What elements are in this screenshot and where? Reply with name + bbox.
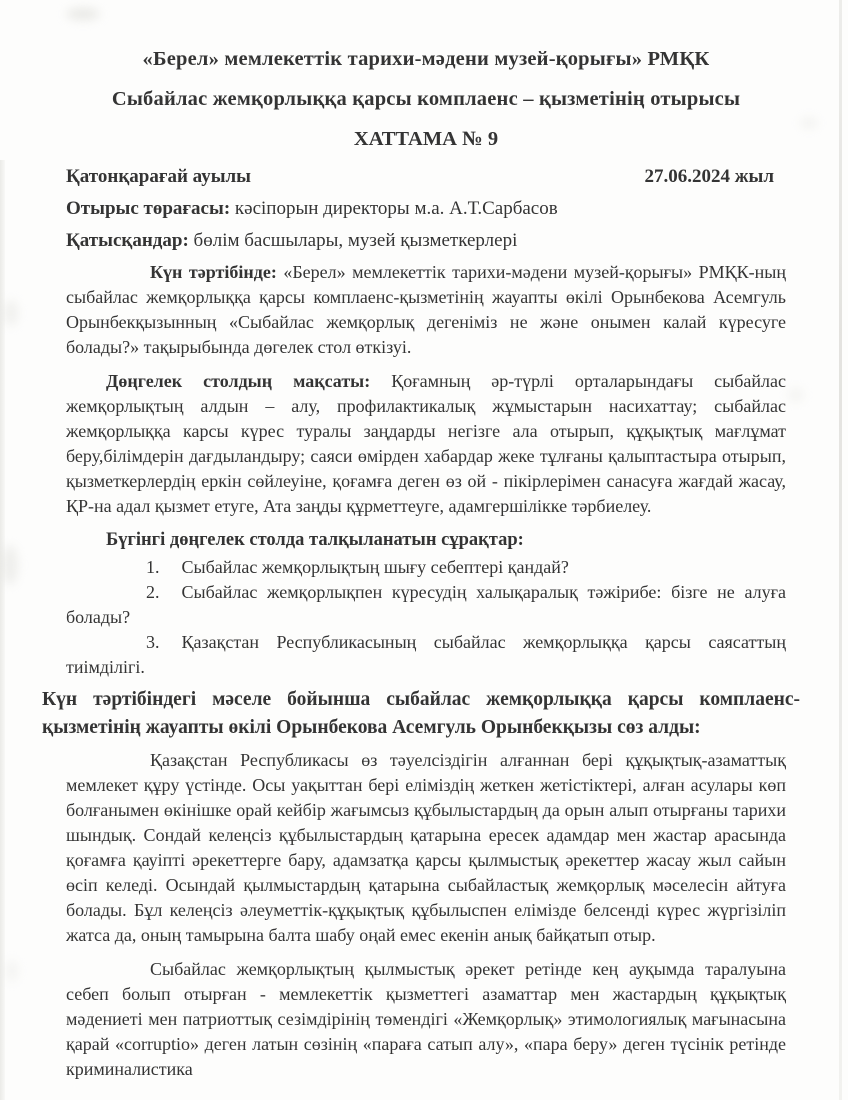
place-name: Қатонқарағай ауылы bbox=[66, 164, 251, 190]
place-date-row: Қатонқарағай ауылы 27.06.2024 жыл bbox=[66, 164, 786, 190]
speech-paragraph-1: Қазақстан Республикасы өз тәуелсіздігін … bbox=[66, 748, 786, 948]
attendees-line: Қатысқандар: бөлім басшылары, музей қызм… bbox=[66, 228, 786, 254]
scanned-document-page: «Берел» мемлекеттік тарихи-мәдени музей-… bbox=[0, 0, 848, 1100]
question-item-3: 3.Қазақстан Республикасының сыбайлас жем… bbox=[66, 630, 786, 680]
question-text: Сыбайлас жемқорлықтың шығу себептері қан… bbox=[182, 557, 569, 577]
scan-smudge bbox=[800, 118, 818, 128]
question-number: 3. bbox=[106, 630, 160, 655]
question-text: Қазақстан Республикасының сыбайлас жемқо… bbox=[66, 632, 786, 677]
speaker-heading: Күн тәртібіндегі мәселе бойынша сыбайлас… bbox=[42, 686, 800, 742]
agenda-label: Күн тәртібінде: bbox=[150, 262, 277, 282]
scan-edge-artifact-left bbox=[0, 160, 5, 1100]
question-item-1: 1.Сыбайлас жемқорлықтың шығу себептері қ… bbox=[66, 555, 786, 580]
chair-line: Отырыс төрағасы: кәсіпорын директоры м.а… bbox=[66, 196, 786, 222]
purpose-text: Қоғамның әр-түрлі орталарындағы сыбайлас… bbox=[66, 371, 786, 516]
question-item-2: 2.Сыбайлас жемқорлықпен күресудің халықа… bbox=[66, 580, 786, 630]
chair-label: Отырыс төрағасы: bbox=[66, 198, 230, 219]
scan-edge-artifact-right bbox=[839, 0, 842, 1100]
question-number: 1. bbox=[106, 555, 160, 580]
scan-smudge bbox=[788, 388, 804, 402]
attendees-label: Қатысқандар: bbox=[66, 230, 189, 251]
purpose-label: Дөңгелек столдың мақсаты: bbox=[106, 371, 370, 391]
chair-value: кәсіпорын директоры м.а. А.Т.Сарбасов bbox=[235, 198, 558, 219]
scan-smudge bbox=[6, 960, 18, 982]
attendees-value: бөлім басшылары, музей қызметкерлері bbox=[194, 230, 518, 251]
questions-heading: Бүгінгі дөңгелек столда талқыланатын сұр… bbox=[66, 528, 786, 553]
purpose-paragraph: Дөңгелек столдың мақсаты: Қоғамның әр-тү… bbox=[66, 369, 786, 519]
document-date: 27.06.2024 жыл bbox=[644, 164, 774, 190]
document-subtitle: Сыбайлас жемқорлыққа қарсы комплаенс – қ… bbox=[66, 86, 786, 112]
question-text: Сыбайлас жемқорлықпен күресудің халықара… bbox=[66, 582, 786, 627]
speech-paragraph-2: Сыбайлас жемқорлықтың қылмыстық әрекет р… bbox=[66, 957, 786, 1082]
question-number: 2. bbox=[106, 580, 160, 605]
scan-smudge bbox=[2, 545, 18, 585]
document-title: «Берел» мемлекеттік тарихи-мәдени музей-… bbox=[66, 46, 786, 72]
scan-smudge bbox=[4, 300, 18, 326]
scan-smudge bbox=[66, 8, 100, 20]
protocol-number-heading: ХАТТАМА № 9 bbox=[66, 126, 786, 152]
agenda-paragraph: Күн тәртібінде: «Берел» мемлекеттік тари… bbox=[66, 260, 786, 360]
